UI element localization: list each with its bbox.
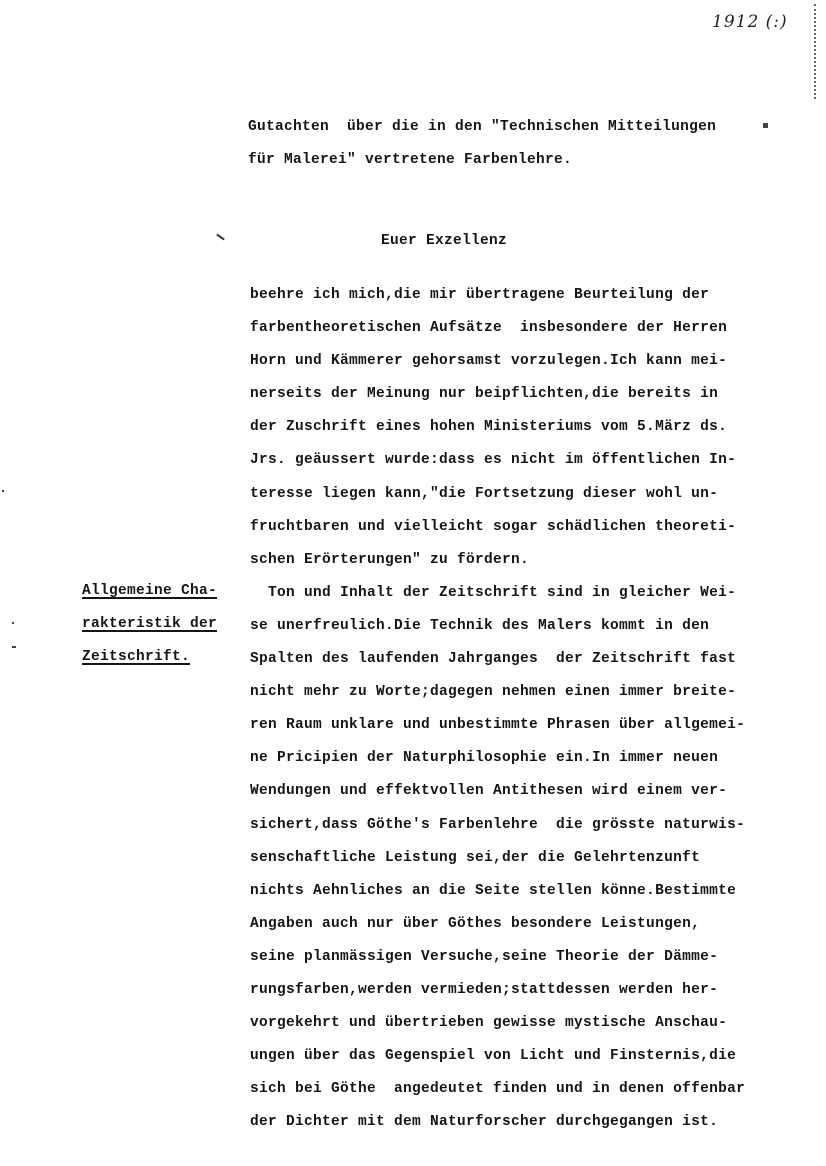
body-line: seine planmässigen Versuche,seine Theori… [250,946,745,979]
salutation: Euer Exzellenz [381,233,507,249]
margin-heading-line: rakteristik der [82,613,217,646]
body-line: teresse liegen kann,"die Fortsetzung die… [250,483,745,516]
body-line: Horn und Kämmerer gehorsamst vorzulegen.… [250,350,745,383]
body-line: sich bei Göthe angedeutet finden und in … [250,1078,745,1111]
body-line: der Dichter mit dem Naturforscher durchg… [250,1111,745,1144]
body-line: nicht mehr zu Worte;dagegen nehmen einen… [250,681,745,714]
body-line: vorgekehrt und übertrieben gewisse mysti… [250,1012,745,1045]
body-line: farbentheoretischen Aufsätze insbesonder… [250,317,745,350]
title-line: für Malerei" vertretene Farbenlehre. [248,149,716,182]
body-line: Spalten des laufenden Jahrganges der Zei… [250,648,745,681]
body-line: Angaben auch nur über Göthes besondere L… [250,913,745,946]
body-line: nerseits der Meinung nur beipflichten,di… [250,383,745,416]
body-line: fruchtbaren und vielleicht sogar schädli… [250,516,745,549]
body-line: ungen über das Gegenspiel von Licht und … [250,1045,745,1078]
body-line: se unerfreulich.Die Technik des Malers k… [250,615,745,648]
margin-heading: Allgemeine Cha- rakteristik der Zeitschr… [82,580,217,679]
body-line: rungsfarben,werden vermieden;stattdessen… [250,979,745,1012]
document-title: Gutachten über die in den "Technischen M… [248,116,716,182]
scan-speck [2,490,4,492]
scan-edge-artifact [814,4,818,99]
body-line: der Zuschrift eines hohen Ministeriums v… [250,416,745,449]
body-line: nichts Aehnliches an die Seite stellen k… [250,880,745,913]
scan-speck [12,622,14,624]
body-line: Jrs. geäussert wurde:dass es nicht im öf… [250,449,745,482]
body-line: Wendungen und effektvollen Antithesen wi… [250,780,745,813]
body-line: ren Raum unklare und unbestimmte Phrasen… [250,714,745,747]
body-line: Ton und Inhalt der Zeitschrift sind in g… [250,582,745,615]
scan-speck [12,646,16,648]
margin-heading-line: Zeitschrift. [82,646,217,679]
body-line: sichert,dass Göthe's Farbenlehre die grö… [250,814,745,847]
body-text: beehre ich mich,die mir übertragene Beur… [250,284,745,1144]
body-line: ne Pricipien der Naturphilosophie ein.In… [250,747,745,780]
margin-heading-line: Allgemeine Cha- [82,580,217,613]
document-page: 1912 (:) Gutachten über die in den "Tech… [0,0,826,1166]
title-line: Gutachten über die in den "Technischen M… [248,116,716,149]
body-line: beehre ich mich,die mir übertragene Beur… [250,284,745,317]
body-line: senschaftliche Leistung sei,der die Gele… [250,847,745,880]
scan-speck [763,123,768,128]
pen-mark [216,234,225,241]
body-line: schen Erörterungen" zu fördern. [250,549,745,582]
handwritten-page-annotation: 1912 (:) [712,12,788,32]
